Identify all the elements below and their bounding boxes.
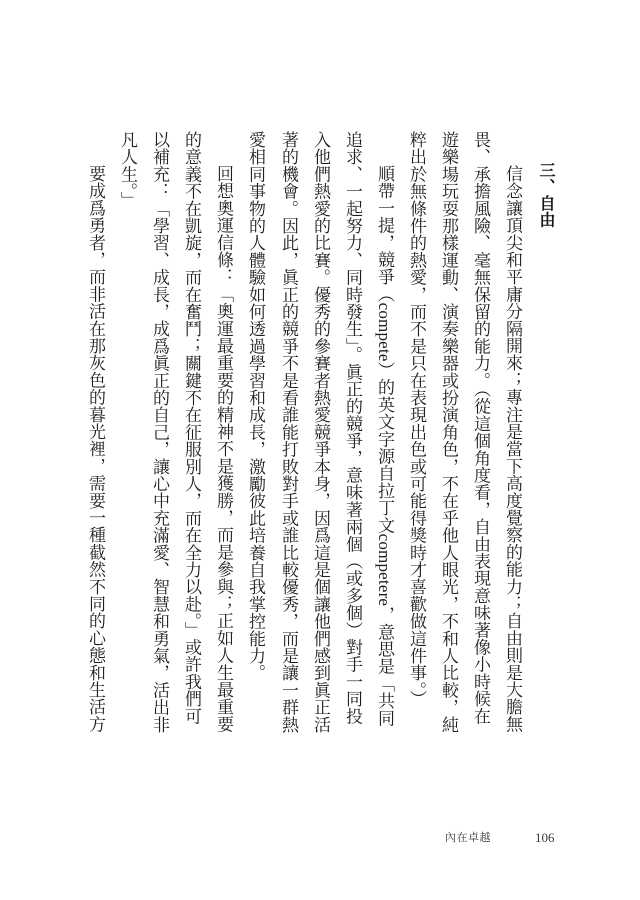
text-column: 凡人生。」: [117, 131, 137, 209]
text-column: 順帶一提，競爭（compete）的英文字源自拉丁文competere，意思是「共…: [374, 165, 394, 727]
text-column: 愛相同事物的人體驗如何透過學習和成長，激勵彼此培養自我掌控能力。: [245, 131, 265, 681]
text-column: 追求、一起努力、同時發生」。眞正的競爭，意味著兩個（或多個）對手一同投: [342, 131, 362, 725]
text-column: 粹出於無條件的熱愛，而不是只在表現出色或可能得獎時才喜歡做這件事。）: [406, 131, 426, 707]
section-heading: 三、自由: [536, 162, 556, 228]
text-column: 的意義不在凱旋，而在奮鬥；關鍵不在征服別人，而在全力以赴。」或許我們可: [181, 131, 201, 725]
text-column: 回想奧運信條：「奧運最重要的精神不是獲勝，而是參與；正如人生最重要: [213, 165, 233, 733]
text-column: 信念讓頂尖和平庸分隔開來；專注是當下高度覺察的能力；自由則是大膽無: [502, 165, 522, 733]
text-column: 以補充：「學習、成長，成爲眞正的自己，讓心中充滿愛、智慧和勇氣，活出非: [149, 131, 169, 733]
page-number: 106: [535, 830, 555, 845]
running-footer-book-title: 內在卓越: [445, 831, 491, 845]
text-column: 著的機會。因此，眞正的競爭不是看誰能打敗對手或誰比較優秀，而是讓一群熱: [278, 131, 298, 733]
text-column: 要成爲勇者，而非活在那灰色的暮光裡，需要一種截然不同的心態和生活方: [85, 165, 105, 733]
book-page: 三、自由 信念讓頂尖和平庸分隔開來；專注是當下高度覺察的能力；自由則是大膽無 畏…: [0, 0, 640, 900]
text-column: 遊樂場玩耍那樣運動、演奏樂器或扮演角色，不在乎他人眼光，不和人比較，純: [438, 131, 458, 733]
text-column: 畏、承擔風險、毫無保留的能力。（從這個角度看，自由表現意味著像小時候在: [470, 131, 490, 725]
text-column: 入他們熱愛的比賽。優秀的參賽者熱愛競爭本身，因爲這是個讓他們感到眞正活: [310, 131, 330, 733]
